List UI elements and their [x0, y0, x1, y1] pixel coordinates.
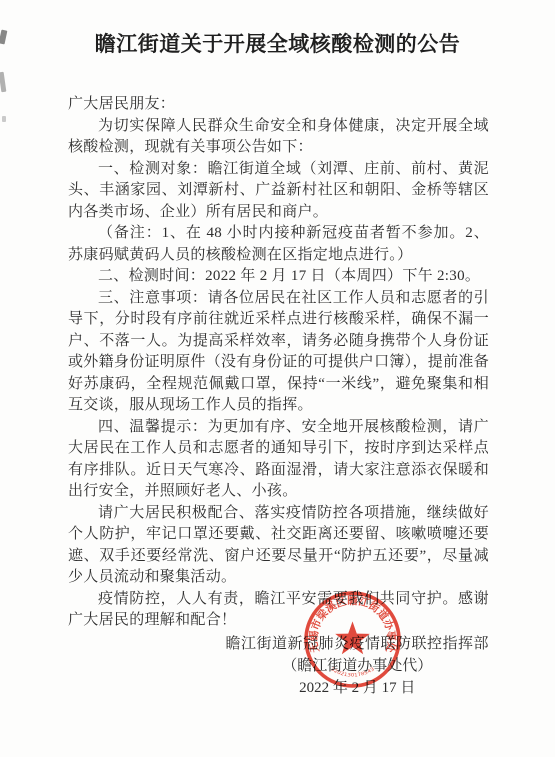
signature-org-note: （瞻江街道办事处代）: [225, 655, 489, 677]
signature-block: 瞻江街道新冠肺炎疫情联防联控指挥部 （瞻江街道办事处代） 2022 年 2 月 …: [225, 633, 489, 699]
paragraph-closing: 疫情防控，人人有责，瞻江平安需要我们共同守护。感谢广大居民的理解和配合！: [68, 589, 489, 632]
paragraph-cooperation: 请广大居民积极配合、落实疫情防控各项措施，继续做好个人防护，牢记口罩还要戴、社交…: [68, 503, 489, 589]
paragraph-test-time: 二、检测时间：2022 年 2 月 17 日（本周四）下午 2:30。: [68, 266, 489, 288]
scan-artifact: [0, 30, 7, 45]
notice-body: 广大居民朋友： 为切实保障人民群众生命安全和身体健康，决定开展全域核酸检测，现就…: [68, 94, 489, 632]
signature-date: 2022 年 2 月 17 日: [225, 677, 489, 699]
paragraph-notes: 三、注意事项：请各位居民在社区工作人员和志愿者的引导下，分时段有序前往就近采样点…: [68, 288, 489, 417]
signature-org: 瞻江街道新冠肺炎疫情联防联控指挥部: [225, 633, 489, 655]
scan-artifact: [2, 116, 6, 122]
paragraph-remark: （备注：1、在 48 小时内接种新冠疫苗者暂不参加。2、苏康码赋黄码人员的核酸检…: [68, 223, 489, 266]
scan-artifact: [0, 72, 6, 93]
salutation-line: 广大居民朋友：: [68, 94, 489, 116]
page-title: 瞻江街道关于开展全域核酸检测的公告: [48, 28, 507, 58]
paragraph-tips: 四、温馨提示：为更加有序、安全地开展核酸检测，请广大居民在工作人员和志愿者的通知…: [68, 417, 489, 503]
notice-document-page: 瞻江街道关于开展全域核酸检测的公告 广大居民朋友： 为切实保障人民群众生命安全和…: [0, 0, 555, 757]
paragraph-test-target: 一、检测对象：瞻江街道全域（刘潭、庄前、前村、黄泥头、丰涵家园、刘潭新村、广益新…: [68, 159, 489, 224]
paragraph-intro: 为切实保障人民群众生命安全和身体健康，决定开展全域核酸检测，现就有关事项公告如下…: [68, 116, 489, 159]
